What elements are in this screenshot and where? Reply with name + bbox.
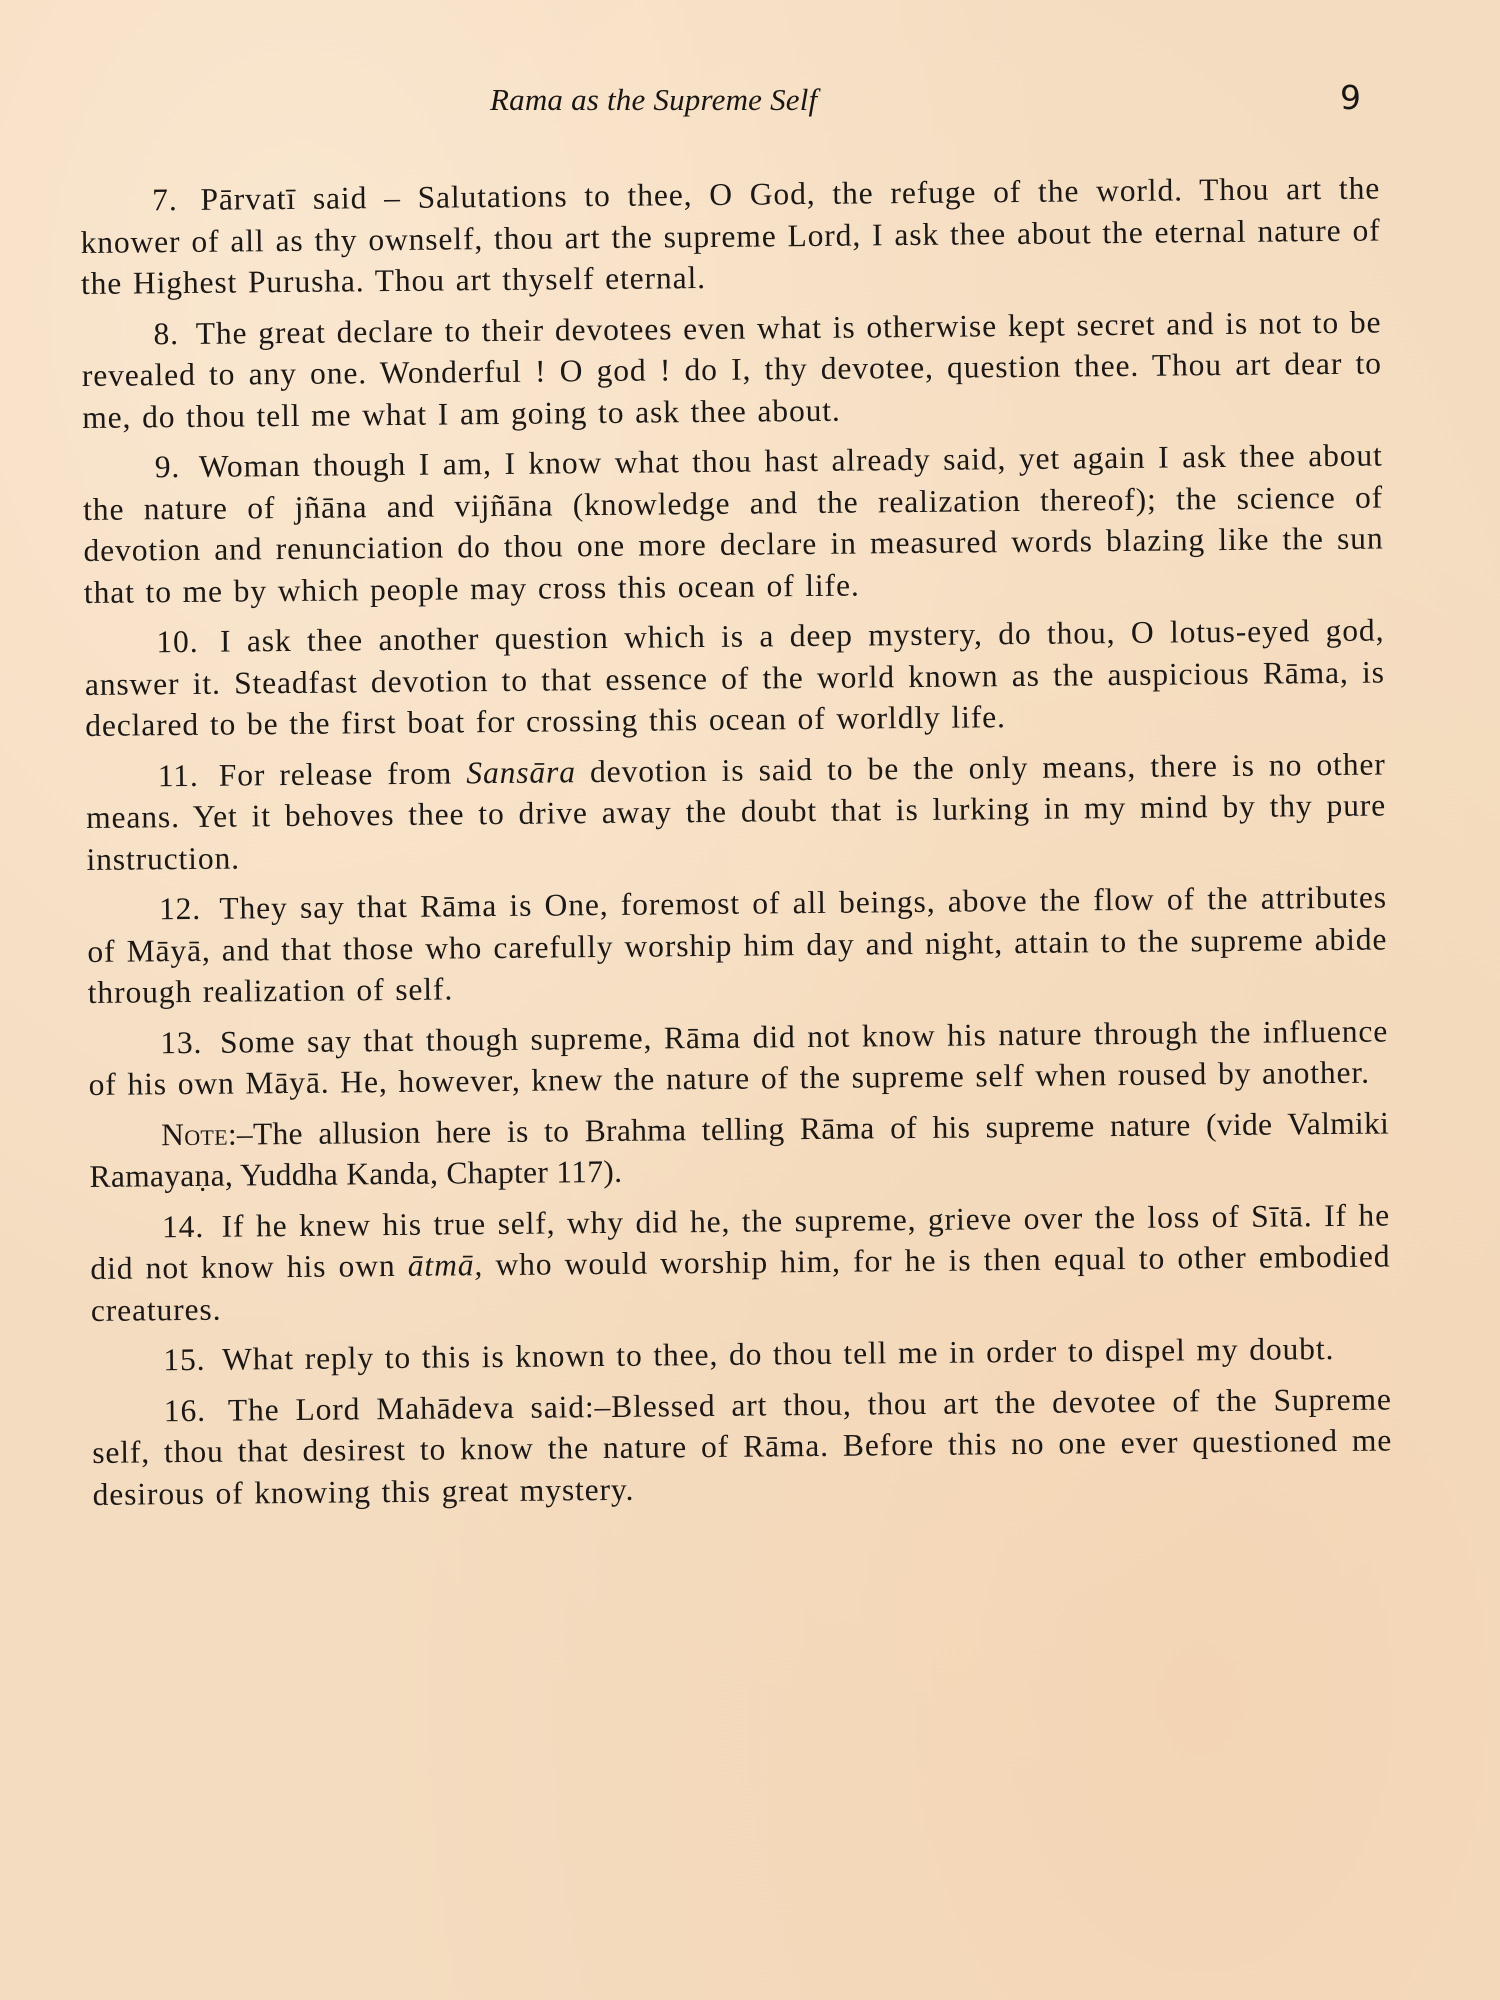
footnote: Note:–The allusion here is to Brahma tel… <box>89 1102 1390 1197</box>
verse-text: I ask thee another question which is a d… <box>85 613 1385 743</box>
verse-number: 12. <box>159 891 214 927</box>
verse-8: 8. The great declare to their devotees e… <box>81 301 1382 438</box>
verse-number: 8. <box>153 315 190 350</box>
verse-number: 7. <box>152 182 195 217</box>
verse-number: 15. <box>163 1342 216 1378</box>
verse-number: 11. <box>158 757 213 793</box>
verse-number: 13. <box>160 1024 214 1060</box>
verse-italic-term: ātmā, <box>408 1247 484 1283</box>
verse-9: 9. Woman though I am, I know what thou h… <box>83 435 1385 613</box>
verse-text: Some say that though supreme, Rāma did n… <box>89 1013 1389 1102</box>
verse-text: They say that Rāma is One, foremost of a… <box>87 879 1387 1009</box>
verse-text: The great declare to their devotees even… <box>82 304 1382 434</box>
book-page: Rama as the Supreme Self 9 7. Pārvatī sa… <box>0 0 1500 2000</box>
running-head-title: Rama as the Supreme Self <box>490 82 817 118</box>
verse-7: 7. Pārvatī said – Salutations to thee, O… <box>80 168 1381 305</box>
verse-text: The Lord Mahādeva said:–Blessed art thou… <box>92 1381 1392 1511</box>
verse-number: 14. <box>162 1208 216 1244</box>
verse-text-before: For release from <box>219 755 467 792</box>
verse-13: 13. Some say that though supreme, Rāma d… <box>88 1010 1389 1105</box>
verse-15: 15. What reply to this is known to thee,… <box>91 1327 1391 1381</box>
verse-text: Woman though I am, I know what thou hast… <box>83 438 1384 610</box>
verse-12: 12. They say that Rāma is One, foremost … <box>87 876 1388 1013</box>
verse-16: 16. The Lord Mahādeva said:–Blessed art … <box>92 1378 1393 1515</box>
note-text: –The allusion here is to Brahma telling … <box>89 1105 1389 1194</box>
body-text: 7. Pārvatī said – Salutations to thee, O… <box>80 168 1393 1524</box>
verse-number: 9. <box>155 449 193 484</box>
verse-14: 14. If he knew his true self, why did he… <box>90 1194 1391 1331</box>
verse-text: What reply to this is known to thee, do … <box>222 1331 1334 1377</box>
note-label: Note: <box>161 1116 237 1152</box>
verse-number: 16. <box>164 1392 222 1428</box>
page-number: 9 <box>1340 78 1361 117</box>
verse-number: 10. <box>156 624 214 660</box>
verse-italic-term: Sansāra <box>466 754 576 790</box>
verse-11: 11. For release from Sansāra devotion is… <box>86 743 1387 880</box>
verse-text: Pārvatī said – Salutations to thee, O Go… <box>80 171 1380 301</box>
verse-10: 10. I ask thee another question which is… <box>84 610 1385 747</box>
